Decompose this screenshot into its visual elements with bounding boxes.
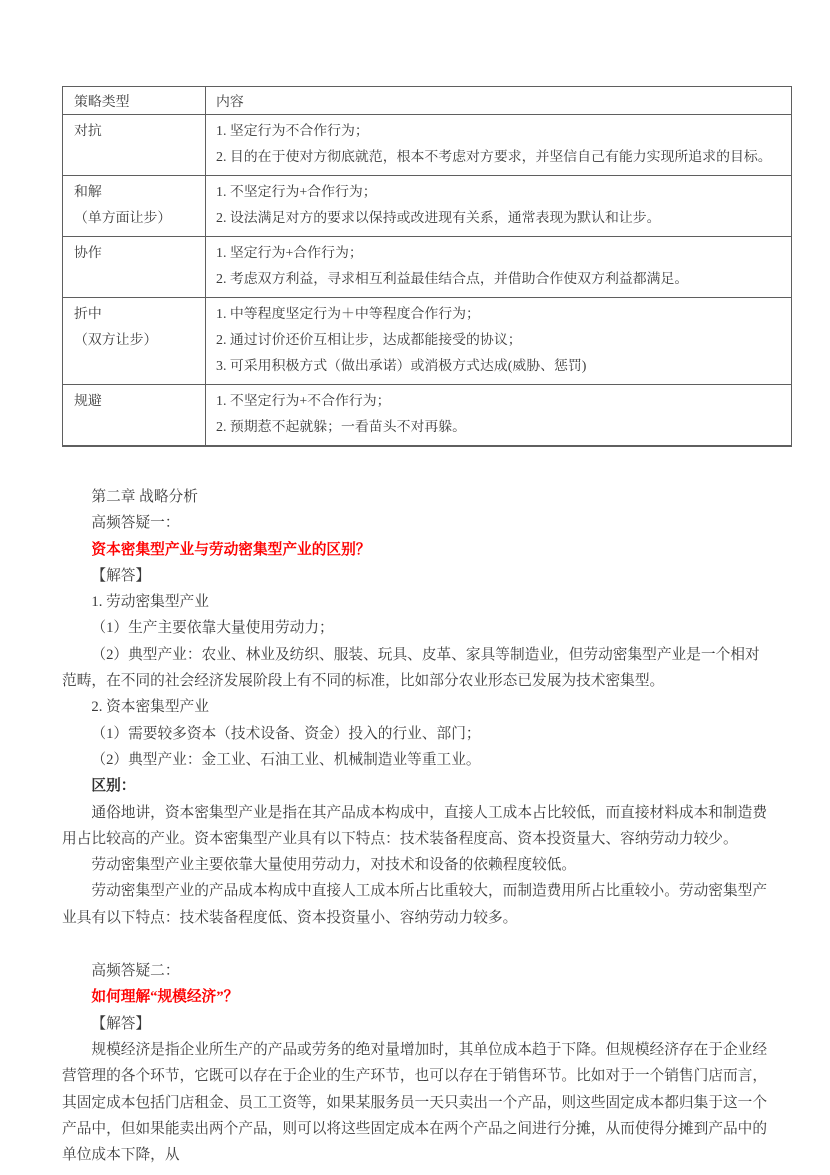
- table-row: 协作 1. 坚定行为+合作行为； 2. 考虑双方利益，寻求相互利益最佳结合点，并…: [63, 237, 792, 298]
- qa1-paragraph: （1）需要较多资本（技术设备、资金）投入的行业、部门；: [62, 721, 768, 747]
- strategy-type-cell: 对抗: [63, 115, 206, 176]
- strategy-content-line: 2. 预期惹不起就躲；一看苗头不对再躲。: [216, 415, 791, 441]
- strategy-content-line: 3. 可采用积极方式（做出承诺）或消极方式达成(威胁、惩罚): [216, 354, 791, 380]
- document-body: 第二章 战略分析 高频答疑一： 资本密集型产业与劳动密集型产业的区别？ 【解答】…: [62, 484, 768, 1168]
- strategy-type-cell: 规避: [63, 385, 206, 447]
- qa1-paragraph: 1. 劳动密集型产业: [62, 589, 768, 615]
- table-row: 和解 （单方面让步） 1. 不坚定行为+合作行为； 2. 设法满足对方的要求以保…: [63, 176, 792, 237]
- strategy-type-label: 协作: [74, 241, 205, 267]
- strategy-type-note: （单方面让步）: [74, 206, 205, 232]
- strategy-type-label: 折中: [74, 302, 205, 328]
- strategy-table: 策略类型 内容 对抗 1. 坚定行为不合作行为； 2. 目的在于使对方彻底就范，…: [62, 86, 792, 447]
- strategy-content-line: 2. 考虑双方利益，寻求相互利益最佳结合点，并借助合作使双方利益都满足。: [216, 267, 791, 293]
- strategy-content-line: 2. 通过讨价还价互相让步，达成都能接受的协议；: [216, 328, 791, 354]
- strategy-content-cell: 1. 坚定行为不合作行为； 2. 目的在于使对方彻底就范，根本不考虑对方要求，并…: [206, 115, 792, 176]
- table-row: 规避 1. 不坚定行为+不合作行为； 2. 预期惹不起就躲；一看苗头不对再躲。: [63, 385, 792, 447]
- qa2-answer-label: 【解答】: [62, 1011, 768, 1037]
- strategy-type-cell: 折中 （双方让步）: [63, 298, 206, 385]
- qa1-detail-paragraph: 通俗地讲，资本密集型产业是指在其产品成本构成中，直接人工成本占比较低，而直接材料…: [62, 800, 768, 853]
- table-row: 对抗 1. 坚定行为不合作行为； 2. 目的在于使对方彻底就范，根本不考虑对方要…: [63, 115, 792, 176]
- strategy-content-line: 1. 坚定行为不合作行为；: [216, 119, 791, 145]
- document-page: 策略类型 内容 对抗 1. 坚定行为不合作行为； 2. 目的在于使对方彻底就范，…: [0, 0, 830, 1175]
- strategy-content-line: 1. 不坚定行为+不合作行为；: [216, 389, 791, 415]
- strategy-type-cell: 协作: [63, 237, 206, 298]
- strategy-content-cell: 1. 不坚定行为+不合作行为； 2. 预期惹不起就躲；一看苗头不对再躲。: [206, 385, 792, 447]
- strategy-type-cell: 和解 （单方面让步）: [63, 176, 206, 237]
- qa1-detail-paragraph: 劳动密集型产业主要依靠大量使用劳动力，对技术和设备的依赖程度较低。: [62, 852, 768, 878]
- qa1-paragraph: （2）典型产业：农业、林业及纺织、服装、玩具、皮革、家具等制造业，但劳动密集型产…: [62, 642, 768, 695]
- strategy-content-line: 1. 不坚定行为+合作行为；: [216, 180, 791, 206]
- strategy-content-cell: 1. 不坚定行为+合作行为； 2. 设法满足对方的要求以保持或改进现有关系，通常…: [206, 176, 792, 237]
- qa2-question: 如何理解“规模经济”？: [62, 984, 768, 1010]
- qa1-paragraph: （1）生产主要依靠大量使用劳动力；: [62, 615, 768, 641]
- qa1-label: 高频答疑一：: [62, 510, 768, 536]
- qa1-paragraph: （2）典型产业：金工业、石油工业、机械制造业等重工业。: [62, 747, 768, 773]
- strategy-content-cell: 1. 中等程度坚定行为＋中等程度合作行为； 2. 通过讨价还价互相让步，达成都能…: [206, 298, 792, 385]
- strategy-type-label: 对抗: [74, 119, 205, 145]
- strategy-content-line: 1. 中等程度坚定行为＋中等程度合作行为；: [216, 302, 791, 328]
- strategy-type-note: （双方让步）: [74, 328, 205, 354]
- qa1-detail-paragraph: 劳动密集型产业的产品成本构成中直接人工成本所占比重较大，而制造费用所占比重较小。…: [62, 878, 768, 931]
- qa1-answer-label: 【解答】: [62, 563, 768, 589]
- table-header-row: 策略类型 内容: [63, 87, 792, 115]
- chapter-title: 第二章 战略分析: [62, 484, 768, 510]
- strategy-content-cell: 1. 坚定行为+合作行为； 2. 考虑双方利益，寻求相互利益最佳结合点，并借助合…: [206, 237, 792, 298]
- table-header-strategy-type: 策略类型: [63, 87, 206, 115]
- strategy-content-line: 2. 设法满足对方的要求以保持或改进现有关系，通常表现为默认和让步。: [216, 206, 791, 232]
- table-row: 折中 （双方让步） 1. 中等程度坚定行为＋中等程度合作行为； 2. 通过讨价还…: [63, 298, 792, 385]
- qa1-question: 资本密集型产业与劳动密集型产业的区别？: [62, 537, 768, 563]
- qa2-label: 高频答疑二：: [62, 958, 768, 984]
- table-header-content: 内容: [206, 87, 792, 115]
- strategy-type-label: 和解: [74, 180, 205, 206]
- qa1-paragraph: 2. 资本密集型产业: [62, 694, 768, 720]
- qa1-subheading: 区别：: [62, 773, 768, 799]
- qa2-paragraph: 规模经济是指企业所生产的产品或劳务的绝对量增加时，其单位成本趋于下降。但规模经济…: [62, 1037, 768, 1168]
- strategy-type-label: 规避: [74, 389, 205, 415]
- strategy-content-line: 1. 坚定行为+合作行为；: [216, 241, 791, 267]
- strategy-content-line: 2. 目的在于使对方彻底就范，根本不考虑对方要求，并坚信自己有能力实现所追求的目…: [216, 145, 791, 171]
